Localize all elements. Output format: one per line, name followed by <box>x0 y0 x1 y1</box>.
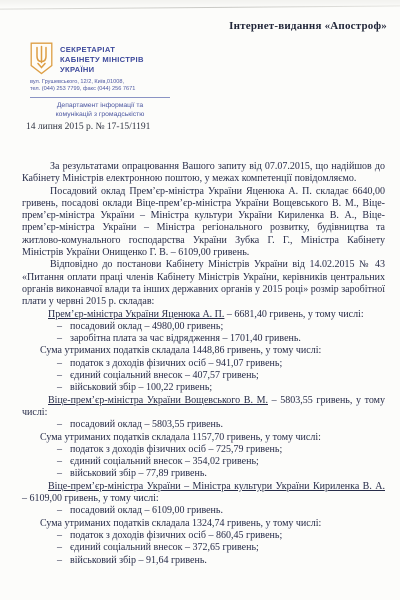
org-name: СЕКРЕТАРІАТ КАБІНЕТУ МІНІСТРІВ УКРАЇНИ <box>60 42 144 75</box>
list-item: – єдиний соціальний внесок – 407,57 грив… <box>22 370 385 382</box>
list-item: – військовий збір – 100,22 гривень; <box>22 382 385 394</box>
letterhead-divider <box>30 97 170 98</box>
tax-sum-line: Сума утриманих податків складала 1157,70… <box>22 432 385 444</box>
org-name-line: УКРАЇНИ <box>60 65 144 75</box>
paragraph: За результатами опрацювання Вашого запит… <box>22 161 385 186</box>
section-title-tail: – 6109,00 гривень, у тому числі: <box>22 493 159 504</box>
list-item-text: заробітна плата за час відрядження – 170… <box>70 333 301 344</box>
list-item-text: єдиний соціальний внесок – 354,02 гривен… <box>70 456 259 467</box>
list-item-text: посадовий оклад – 5803,55 гривень. <box>70 419 223 430</box>
list-item: – військовий збір – 91,64 гривень. <box>22 555 385 567</box>
tax-sum-line: Сума утриманих податків складала 1448,86… <box>22 345 385 357</box>
section-title: Віце-прем’єр-міністра України – Міністра… <box>48 481 385 492</box>
ukraine-trident-emblem-icon <box>30 42 53 75</box>
dash-marker-icon: – <box>57 444 62 456</box>
list-item: – посадовий оклад – 4980,00 гривень; <box>22 321 385 333</box>
list-item-text: податок з доходів фізичних осіб – 941,07… <box>70 358 282 369</box>
list-item-text: військовий збір – 77,89 гривень. <box>70 468 207 479</box>
org-address-line: вул. Грушевського, 12/2, Київ,01008, <box>30 79 170 86</box>
list-item-text: єдиний соціальний внесок – 407,57 гривен… <box>70 370 259 381</box>
dash-marker-icon: – <box>57 370 62 382</box>
list-item-text: військовий збір – 100,22 гривень; <box>70 382 212 393</box>
paragraph: Посадовий оклад Прем’єр-міністра України… <box>22 186 385 260</box>
paragraph: Відповідно до постанови Кабінету Міністр… <box>22 259 385 308</box>
department-name-line: Департамент інформації та <box>30 102 170 111</box>
section-title-tail: – 6681,40 гривень, у тому числі: <box>224 309 363 320</box>
dash-marker-icon: – <box>57 468 62 480</box>
section-heading: Віце-прем’єр-міністра України – Міністра… <box>22 481 385 506</box>
list-item: – єдиний соціальний внесок – 372,65 грив… <box>22 542 385 554</box>
org-name-line: СЕКРЕТАРІАТ <box>60 45 144 55</box>
date-reference-line: 14 липня 2015 р. № 17-15/1191 <box>26 122 150 132</box>
section-title: Прем’єр-міністра України Яценюка А. П. <box>48 309 224 320</box>
section-title: Віце-прем’єр-міністра України Вощевськог… <box>48 395 268 406</box>
list-item: – військовий збір – 77,89 гривень. <box>22 468 385 480</box>
dash-marker-icon: – <box>57 382 62 394</box>
dash-marker-icon: – <box>57 505 62 517</box>
department-name-line: комунікацій з громадськістю <box>30 111 170 120</box>
list-item-text: податок з доходів фізичних осіб – 725,79… <box>70 444 282 455</box>
letter-body: За результатами опрацювання Вашого запит… <box>22 161 385 567</box>
section-heading: Прем’єр-міністра України Яценюка А. П. –… <box>22 309 385 321</box>
dash-marker-icon: – <box>57 456 62 468</box>
dash-marker-icon: – <box>57 555 62 567</box>
org-address: вул. Грушевського, 12/2, Київ,01008, тел… <box>30 79 170 93</box>
org-address-line: тел. (044) 253 7799, факс (044) 256 7671 <box>30 86 170 93</box>
org-name-line: КАБІНЕТУ МІНІСТРІВ <box>60 55 144 65</box>
scanned-letter-page: Інтернет-видання «Апостроф» СЕКРЕТАРІАТ … <box>0 0 400 600</box>
dash-marker-icon: – <box>57 358 62 370</box>
list-item: – податок з доходів фізичних осіб – 941,… <box>22 358 385 370</box>
dash-marker-icon: – <box>57 530 62 542</box>
department-name: Департамент інформації та комунікацій з … <box>30 102 170 119</box>
tax-sum-line: Сума утриманих податків складала 1324,74… <box>22 518 385 530</box>
list-item-text: єдиний соціальний внесок – 372,65 гривен… <box>70 542 259 553</box>
list-item: – посадовий оклад – 5803,55 гривень. <box>22 419 385 431</box>
list-item: – податок з доходів фізичних осіб – 725,… <box>22 444 385 456</box>
list-item-text: військовий збір – 91,64 гривень. <box>70 555 207 566</box>
dash-marker-icon: – <box>57 321 62 333</box>
list-item-text: посадовий оклад – 6109,00 гривень. <box>70 505 223 516</box>
list-item: – заробітна плата за час відрядження – 1… <box>22 333 385 345</box>
section-heading: Віце-прем’єр-міністра України Вощевськог… <box>22 395 385 420</box>
dash-marker-icon: – <box>57 333 62 345</box>
list-item: – податок з доходів фізичних осіб – 860,… <box>22 530 385 542</box>
list-item: – єдиний соціальний внесок – 354,02 грив… <box>22 456 385 468</box>
list-item-text: податок з доходів фізичних осіб – 860,45… <box>70 530 282 541</box>
letterhead: СЕКРЕТАРІАТ КАБІНЕТУ МІНІСТРІВ УКРАЇНИ в… <box>30 42 170 119</box>
dash-marker-icon: – <box>57 419 62 431</box>
list-item-text: посадовий оклад – 4980,00 гривень; <box>70 321 223 332</box>
list-item: – посадовий оклад – 6109,00 гривень. <box>22 505 385 517</box>
recipient-line: Інтернет-видання «Апостроф» <box>229 20 387 32</box>
dash-marker-icon: – <box>57 542 62 554</box>
